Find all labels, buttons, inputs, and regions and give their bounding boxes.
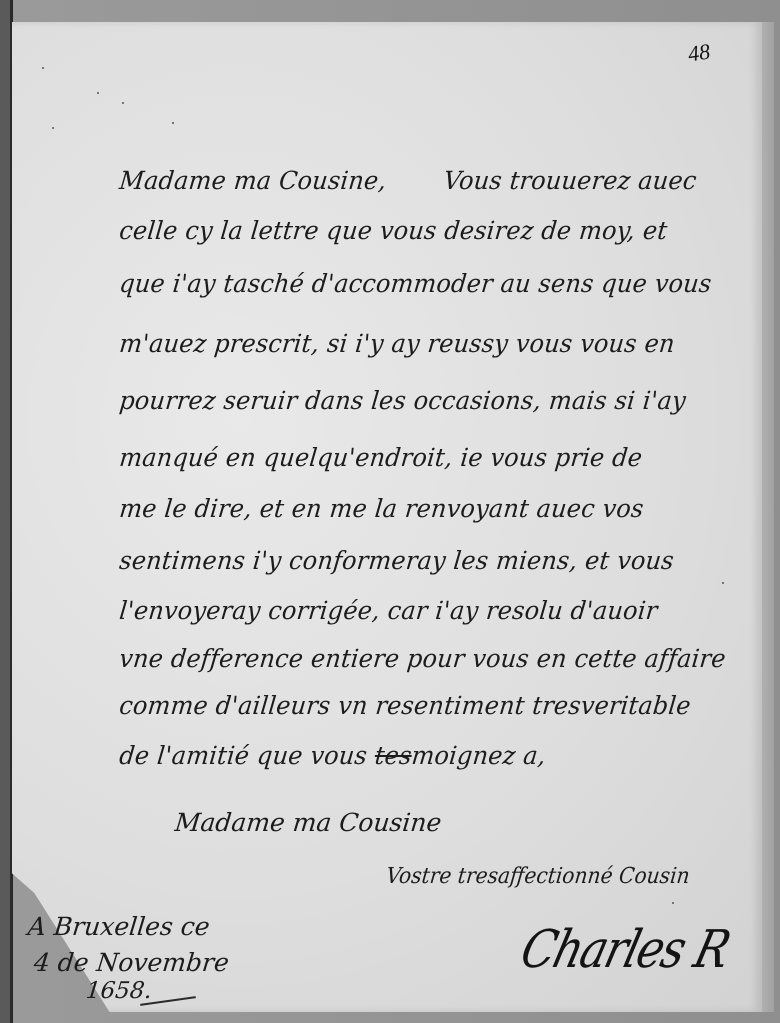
subscription-line: Vostre tresaffectionné Cousin xyxy=(385,864,691,889)
paper-speck xyxy=(97,92,99,94)
letter-line-8: sentimens i'y conformeray les miens, et … xyxy=(118,546,675,575)
dateline-year: 1658. xyxy=(85,978,154,1004)
paper-speck xyxy=(42,67,44,69)
letter-line-9: l'envoyeray corrigée, car i'ay resolu d'… xyxy=(118,596,659,625)
letter-line-11: comme d'ailleurs vn resentiment tresveri… xyxy=(118,691,692,720)
letter-line-10: vne defference entiere pour vous en cett… xyxy=(118,644,727,673)
paper-speck xyxy=(122,102,124,104)
letter-line-5: pourrez seruir dans les occasions, mais … xyxy=(118,386,687,415)
letter-line-3: que i'ay tasché d'accommoder au sens que… xyxy=(118,269,713,298)
letter-line-7: me le dire, et en me la renvoyant auec v… xyxy=(118,494,645,523)
letter-line-12: de l'amitié que vous tesmoignez a, xyxy=(118,741,547,770)
dateline-place: A Bruxelles ce xyxy=(26,912,211,941)
opening-salutation: Madame ma Cousine, xyxy=(118,166,388,195)
struck-through-text: tes xyxy=(373,741,413,770)
letter-line-2: celle cy la lettre que vous desirez de m… xyxy=(118,216,669,245)
letter-line-4: m'auez prescrit, si i'y ay reussy vous v… xyxy=(118,329,676,358)
folio-number: 48 xyxy=(686,39,711,68)
closing-salutation: Madame ma Cousine xyxy=(173,808,442,837)
paper-speck xyxy=(672,902,674,904)
paper-speck xyxy=(172,122,174,124)
paper-speck xyxy=(52,127,54,129)
paper-speck xyxy=(722,582,724,584)
dateline-day-month: 4 de Novembre xyxy=(32,948,230,977)
adjacent-page-edge xyxy=(0,0,13,1023)
letter-line-1: Madame ma Cousine,Vous trouuerez auec xyxy=(118,166,698,195)
signature: Charles R xyxy=(515,920,735,980)
letter-line-6: manqué en quelqu'endroit, ie vous prie d… xyxy=(118,443,644,472)
